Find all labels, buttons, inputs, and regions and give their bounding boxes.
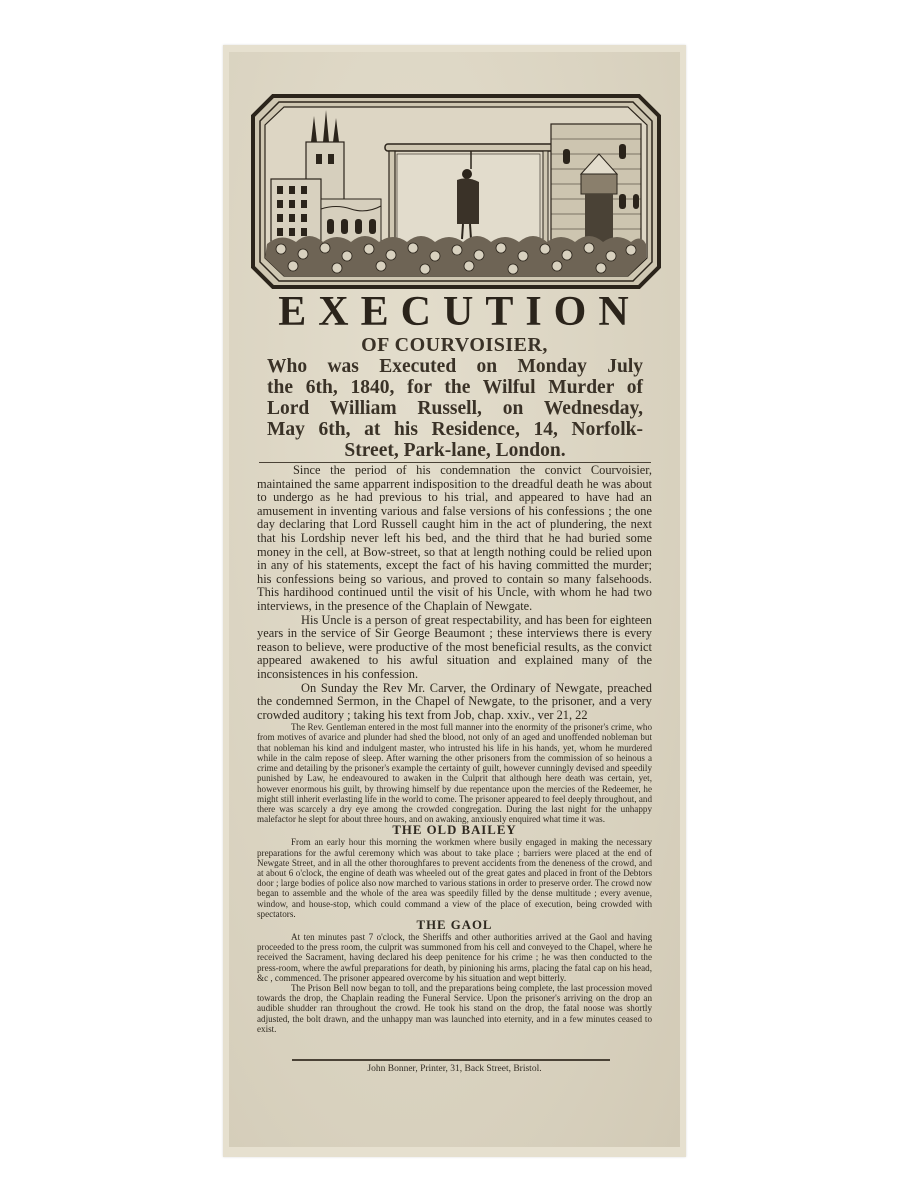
small-paragraph: The Rev. Gentleman entered in the most f… bbox=[257, 722, 652, 824]
broadside-title: EXECUTION bbox=[229, 290, 680, 334]
printer-imprint: John Bonner, Printer, 31, Back Street, B… bbox=[229, 1064, 680, 1074]
description-line: the 6th, 1840, for the Wilful Murder of bbox=[267, 377, 643, 398]
description-line: Street, Park-lane, London. bbox=[267, 440, 643, 461]
broadside-sheet: EXECUTION OF COURVOISIER, Who was Execut… bbox=[229, 52, 680, 1147]
article-body: Since the period of his condemnation the… bbox=[257, 464, 652, 1034]
description-line: Lord William Russell, on Wednesday, bbox=[267, 398, 643, 419]
broadside-description: Who was Executed on Monday July the 6th,… bbox=[267, 356, 643, 461]
small-paragraph: From an early hour this morning the work… bbox=[257, 837, 652, 919]
paragraph: His Uncle is a person of great respectab… bbox=[257, 614, 652, 682]
section-heading-gaol: THE GAOL bbox=[257, 919, 652, 932]
footer-divider bbox=[292, 1059, 610, 1061]
gallows-illustration-icon bbox=[251, 94, 661, 289]
paragraph: Since the period of his condemnation the… bbox=[257, 464, 652, 614]
small-paragraph: At ten minutes past 7 o'clock, the Sheri… bbox=[257, 932, 652, 983]
description-line: Who was Executed on Monday July bbox=[267, 356, 643, 377]
small-paragraph: The Prison Bell now began to toll, and t… bbox=[257, 983, 652, 1034]
broadside-subtitle: OF COURVOISIER, bbox=[229, 334, 680, 356]
paragraph: On Sunday the Rev Mr. Carver, the Ordina… bbox=[257, 682, 652, 723]
description-line: May 6th, at his Residence, 14, Norfolk- bbox=[267, 419, 643, 440]
section-heading-old-bailey: THE OLD BAILEY bbox=[257, 824, 652, 837]
